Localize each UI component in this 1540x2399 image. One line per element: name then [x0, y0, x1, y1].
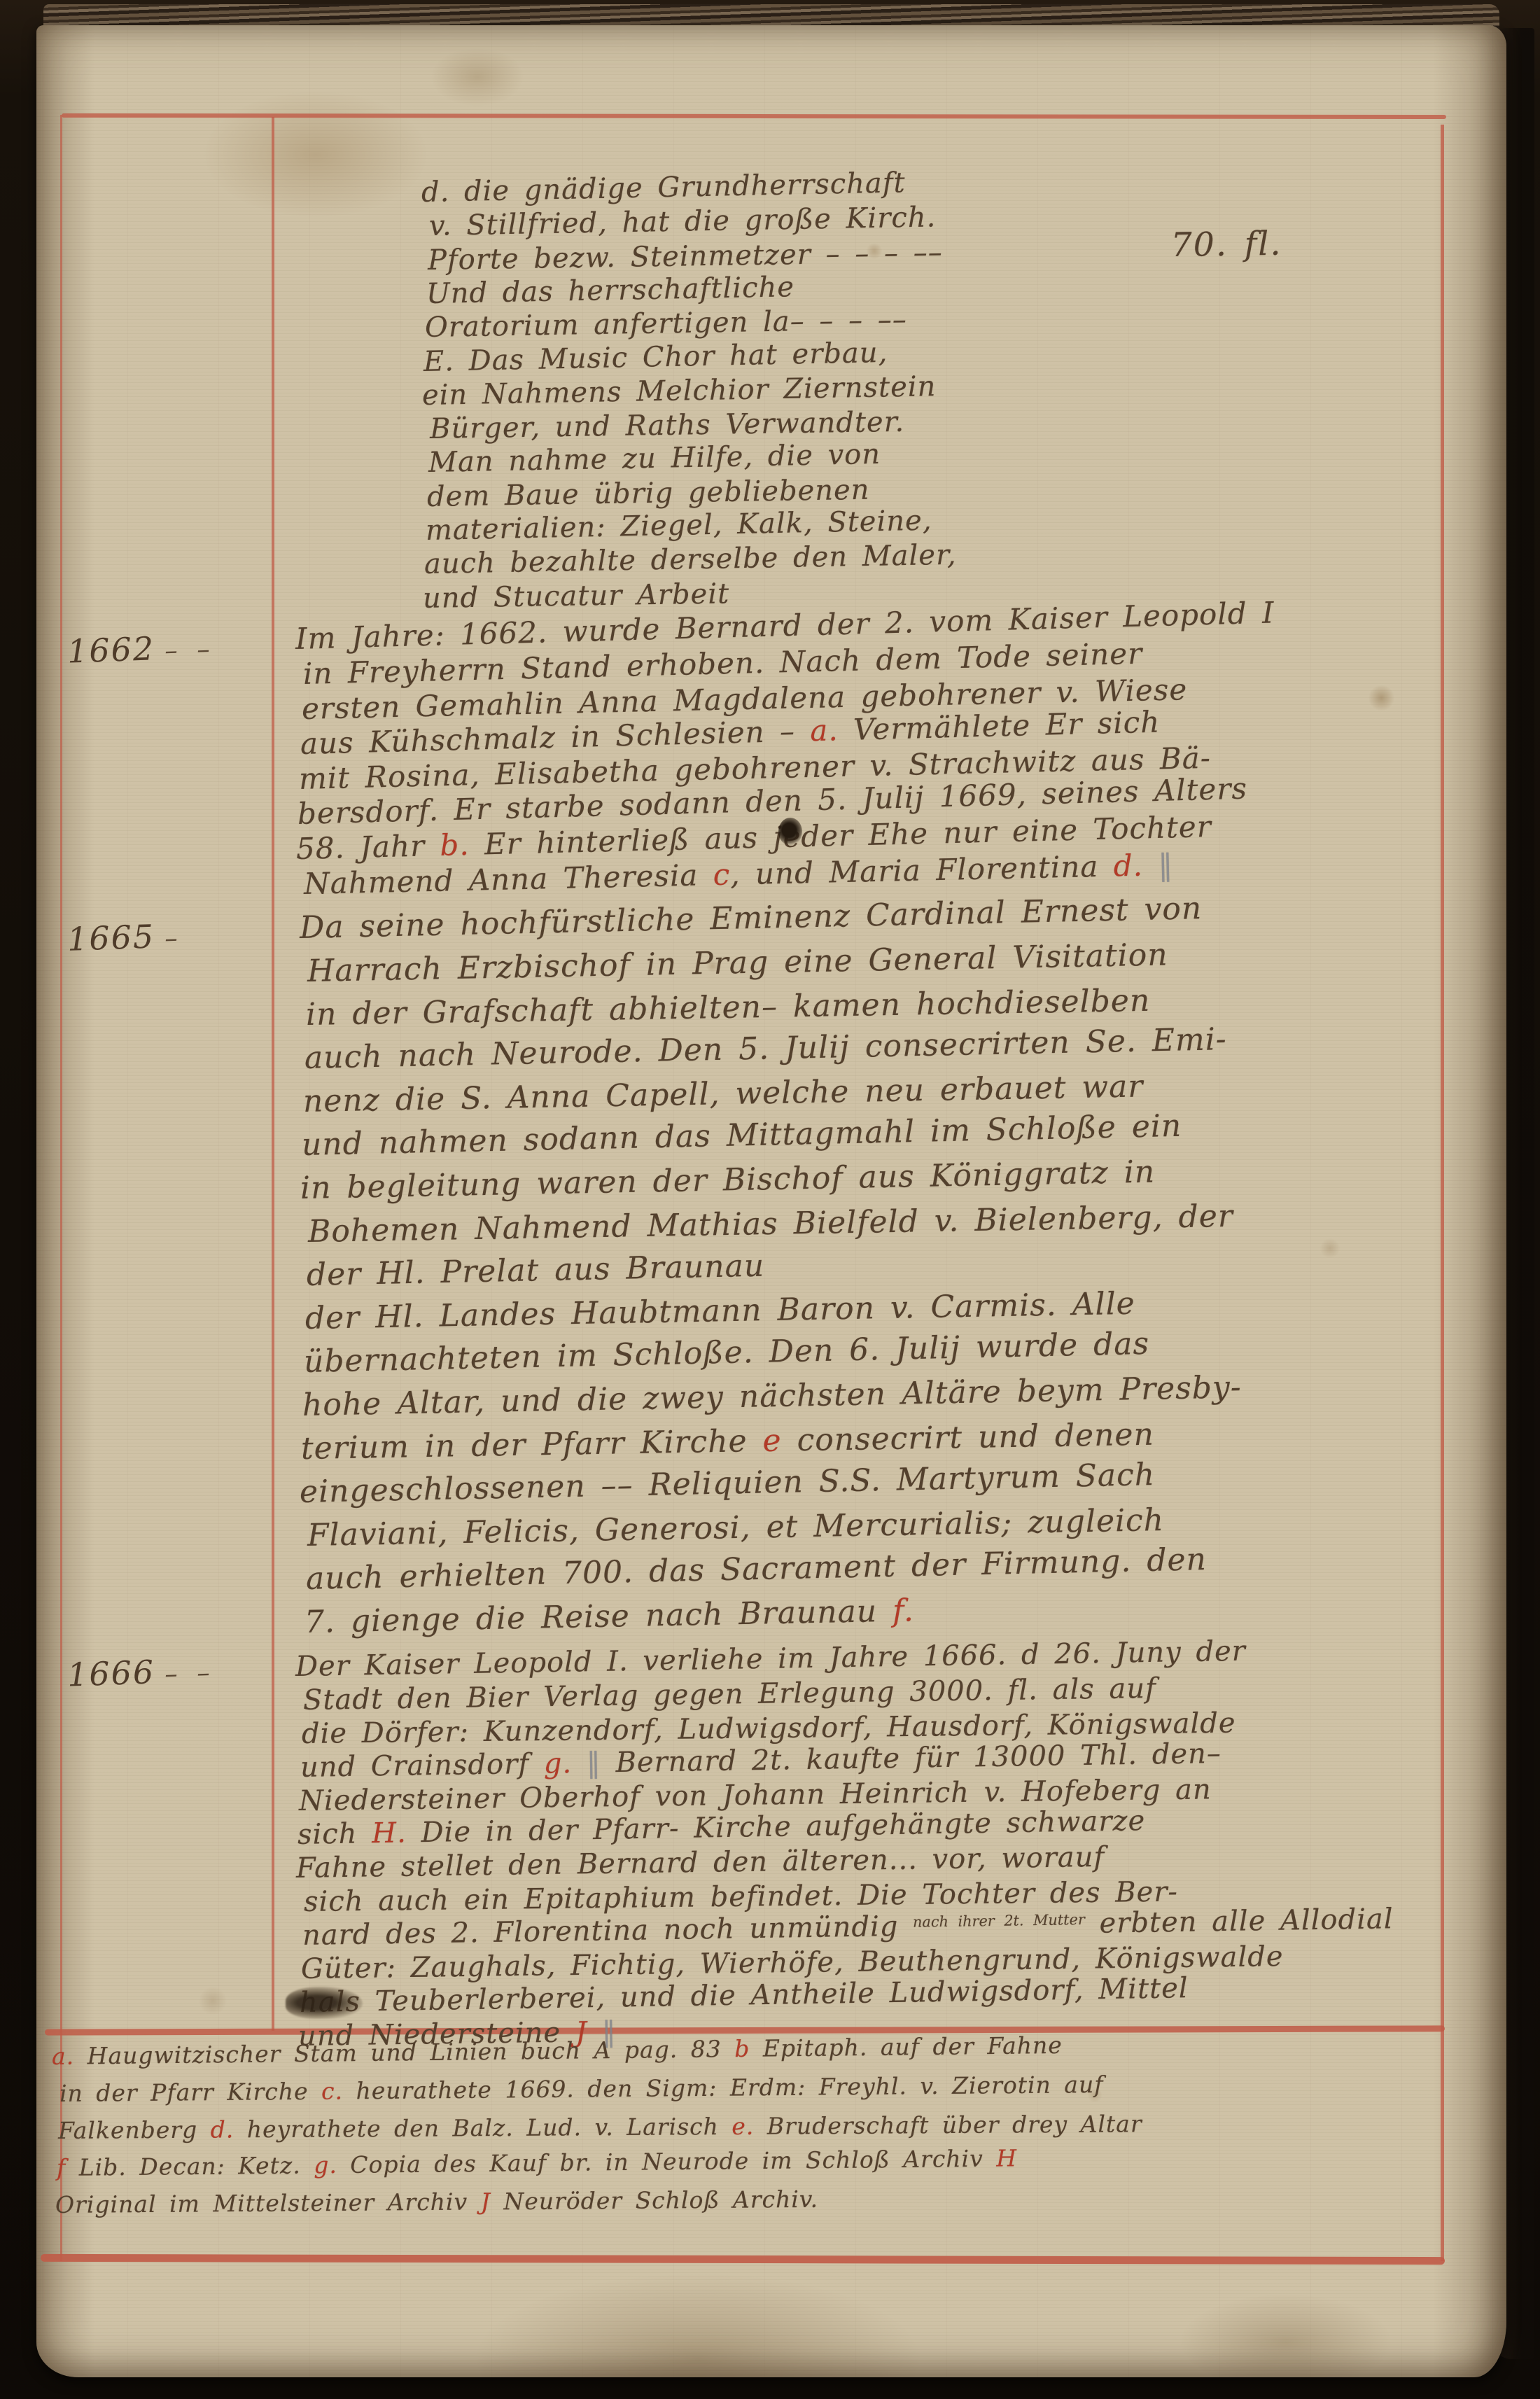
footnote-ref: c. — [321, 2077, 343, 2104]
footnote-ref: g. — [543, 1747, 572, 1780]
footnote-ref: g. — [314, 2151, 337, 2178]
handwritten-text: heyrathete den Balz. Lud. v. Larisch — [234, 2113, 731, 2143]
handwritten-text: Lib. Decan: Ketz. — [66, 2151, 314, 2181]
handwritten-text: Falkenberg — [58, 2116, 211, 2144]
ledger-line-4: Und das herrschaftliche — [426, 271, 795, 310]
amount-value: 70. fl. — [1170, 224, 1282, 264]
footnote-ref: f. — [892, 1593, 915, 1629]
handwritten-text: in der Pfarr Kirche — [59, 2078, 321, 2107]
handwritten-text: und Stucatur Arbeit — [423, 578, 730, 615]
year-dashes: – — [154, 923, 183, 953]
year-label: 1662 — [66, 629, 155, 670]
year-label: 1665 — [66, 918, 155, 958]
margin-rule-left — [60, 115, 62, 2261]
year-dashes: – – — [154, 634, 216, 666]
footnote-ref: c — [713, 858, 731, 893]
ledger-line-13: und Stucatur Arbeit — [423, 578, 730, 615]
year-column-rule — [272, 117, 274, 2031]
handwritten-text: Bruderschaft über drey Altar — [754, 2110, 1142, 2139]
pencil-mark: ‖ — [1142, 848, 1173, 883]
handwritten-text: sich — [297, 1817, 372, 1851]
footnote-ref: H. — [372, 1817, 407, 1849]
handwritten-text: Neuröder Schloß Archiv. — [491, 2185, 818, 2216]
footnote-ref: b — [734, 2035, 750, 2062]
interlinear-insertion: nach ihrer 2t. Mutter — [913, 1911, 1085, 1931]
handwritten-text: 58. Jahr — [295, 828, 440, 866]
footnote-ref: f — [57, 2154, 66, 2181]
margin-year-1665: 1665– — [66, 916, 183, 958]
footnote-ref: d. — [1113, 848, 1143, 883]
footnote-ref: d. — [211, 2115, 234, 2143]
handwritten-text: erbten alle Allodial — [1085, 1903, 1394, 1940]
margin-rule-right — [1441, 125, 1444, 2261]
footnote-ref: a. — [52, 2043, 75, 2070]
footnote-ref: H — [996, 2144, 1017, 2171]
handwritten-text: und Crainsdorf — [300, 1748, 544, 1784]
footnote-ref: a. — [810, 713, 839, 748]
footnote-ref: b. — [440, 827, 470, 862]
footnote-ref: e — [762, 1422, 782, 1458]
handwritten-text: Original im Mittelsteiner Archiv — [55, 2188, 481, 2218]
handwritten-text: Epitaph. auf der Fahne — [750, 2031, 1063, 2062]
year-dashes: – – — [154, 1657, 216, 1689]
footnote-line-5: Original im Mittelsteiner Archiv J Neurö… — [55, 2185, 818, 2218]
pencil-mark: ‖ — [572, 1747, 601, 1779]
margin-year-1666: 1666– – — [66, 1651, 216, 1693]
margin-year-1662: 1662– – — [66, 627, 216, 670]
handwritten-text: consecrirt und denen — [781, 1417, 1154, 1459]
year-label: 1666 — [66, 1653, 155, 1693]
footnote-ref: J — [481, 2188, 491, 2215]
manuscript-scan: 1662– –1665–1666– – d. die gnädige Grund… — [0, 0, 1540, 2399]
handwritten-text: Und das herrschaftliche — [426, 271, 795, 310]
footnote-ref: e. — [731, 2113, 754, 2140]
